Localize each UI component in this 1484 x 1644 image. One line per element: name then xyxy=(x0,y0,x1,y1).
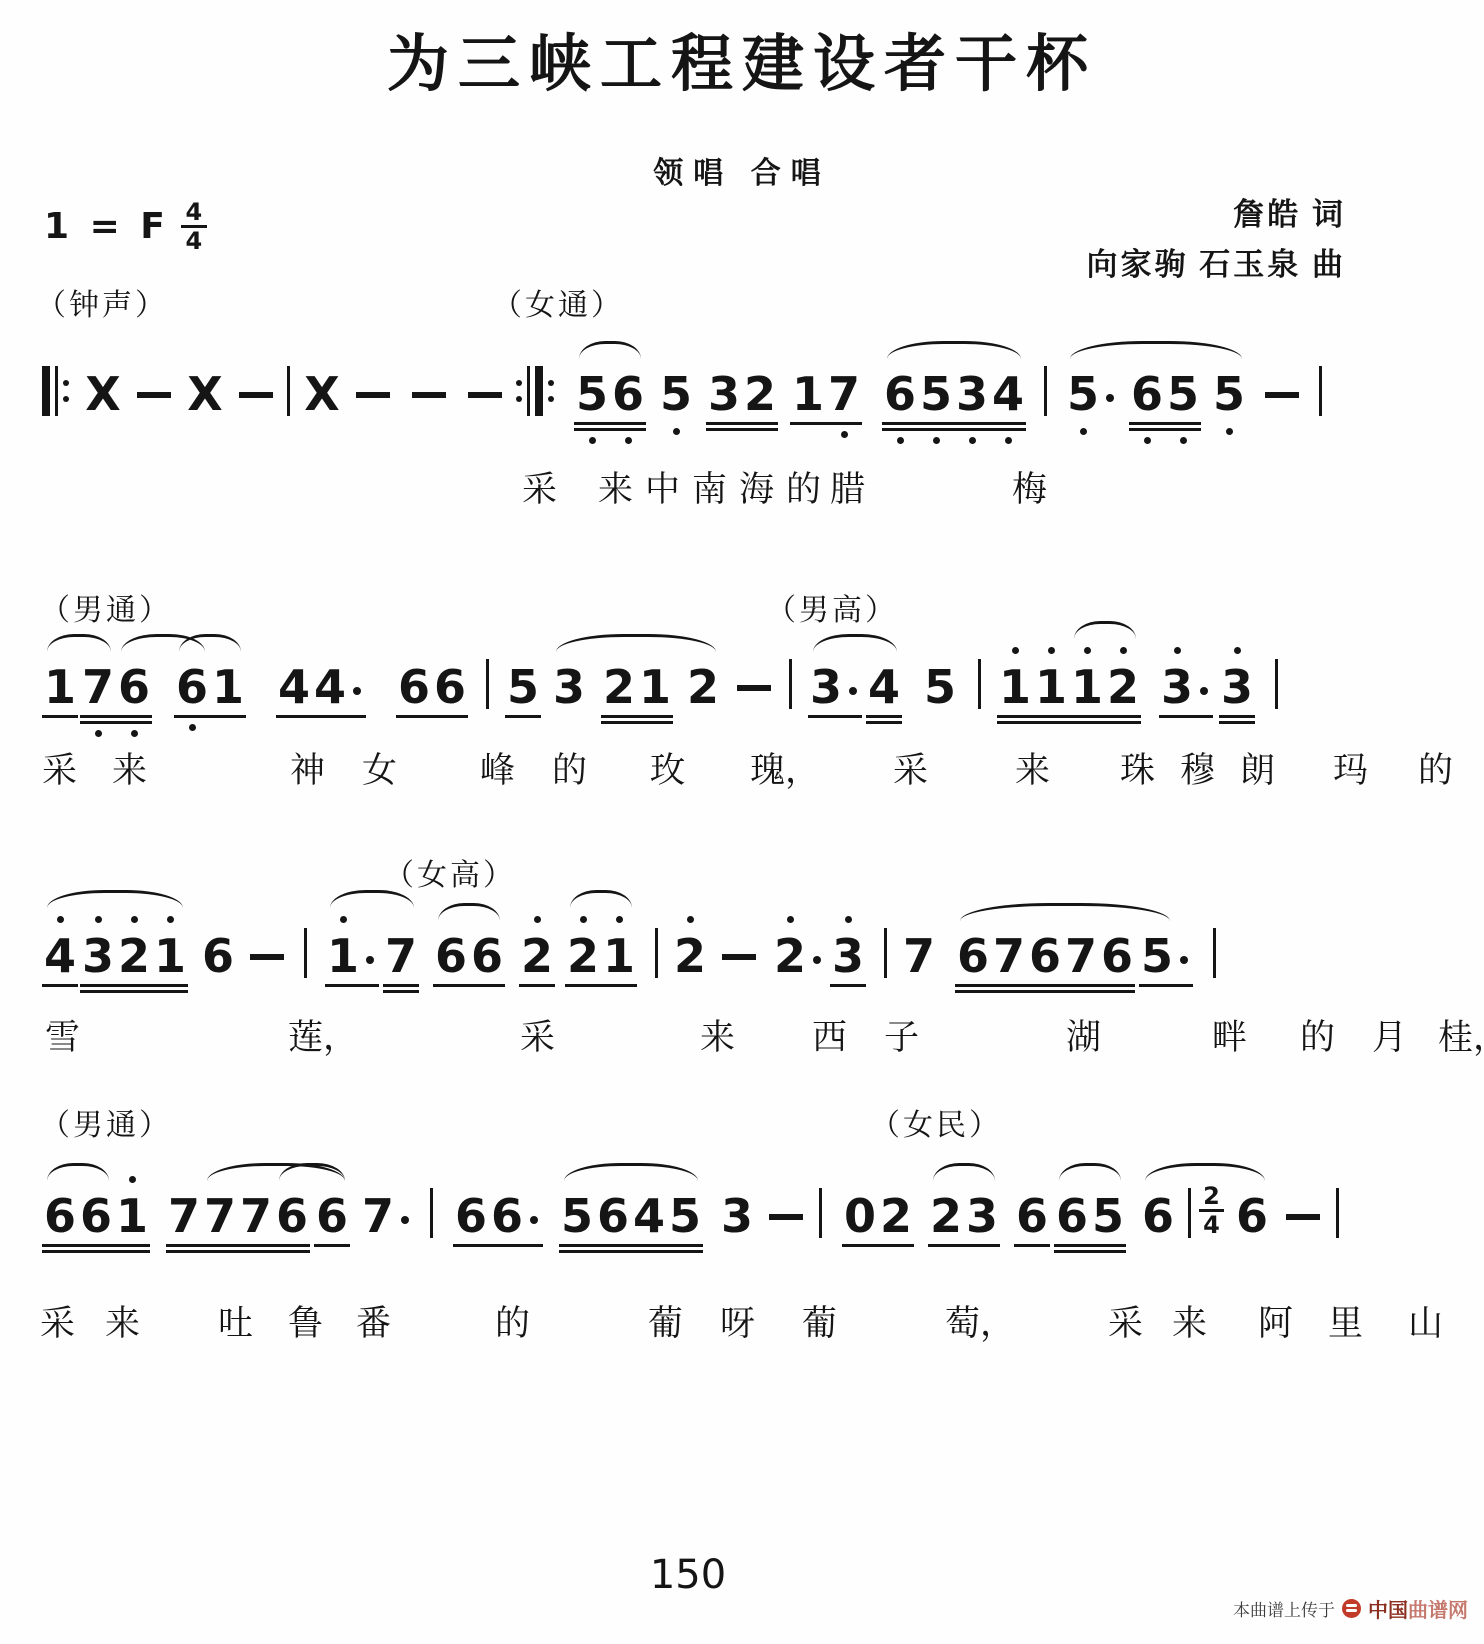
lyric-word: 朗 xyxy=(1240,743,1275,793)
dot-slot xyxy=(152,916,188,923)
note-glyphs: 1 xyxy=(42,658,78,712)
beam-line xyxy=(1054,1244,1126,1247)
slur-arc xyxy=(564,1163,698,1181)
lyric-word: 的 xyxy=(552,743,587,793)
beam-line xyxy=(1129,428,1201,431)
augmentation-dot-slot xyxy=(525,1187,543,1241)
note-group: 7 xyxy=(360,1172,414,1261)
dot-slot xyxy=(1033,647,1069,654)
beam-line xyxy=(706,428,778,431)
note-token: 1 xyxy=(997,658,1033,712)
beam-line xyxy=(882,428,1026,431)
note-glyphs: 6 xyxy=(200,927,236,981)
note-group: 5 xyxy=(1211,350,1247,439)
beam-line xyxy=(955,990,1135,993)
note-token: 6 xyxy=(595,1187,631,1241)
credits: 詹皓 词 向家驹 石玉泉 曲 xyxy=(1087,190,1347,289)
note-token: X xyxy=(187,365,223,419)
lyric-word: 来 xyxy=(1015,743,1050,793)
beam-line xyxy=(601,721,673,724)
octave-dots-below xyxy=(1211,424,1247,439)
lyric-word: 番 xyxy=(356,1296,391,1346)
note-group: 21 xyxy=(601,643,673,741)
note-group: 2 xyxy=(685,643,721,732)
octave-dots-below xyxy=(772,986,826,1001)
octave-dot xyxy=(95,916,102,923)
beam-line xyxy=(706,422,778,425)
beam-line xyxy=(866,721,902,724)
dash-cell xyxy=(722,912,756,960)
octave-dots-above xyxy=(901,912,937,927)
dot-slot xyxy=(997,647,1033,654)
bar-cell xyxy=(430,1172,433,1239)
dot-slot xyxy=(1211,428,1247,435)
bar-cell xyxy=(1319,350,1322,417)
voice-label: （女民） xyxy=(870,1100,1002,1144)
lyric-word: 采 xyxy=(520,1010,555,1060)
note-token: 2 xyxy=(116,927,152,981)
note-token: 7 xyxy=(238,1187,274,1241)
voice-label: （女高） xyxy=(384,850,516,894)
lyric-word: 南 xyxy=(692,462,727,512)
note-glyphs: 7 xyxy=(901,927,937,981)
note-group: 32 xyxy=(706,350,778,448)
note-group: 44 xyxy=(276,643,366,735)
note-glyphs: 4 xyxy=(866,658,902,712)
note-group: 7 xyxy=(383,912,419,1010)
augmentation-dot-slot xyxy=(348,658,366,712)
note-glyphs: 66 xyxy=(433,927,505,981)
bar-cell xyxy=(42,350,69,417)
duration-dash xyxy=(737,685,771,691)
beam-lines xyxy=(1139,984,1193,987)
beam-line xyxy=(559,1250,703,1253)
note-glyphs: 3 xyxy=(830,927,866,981)
note-token: 3 xyxy=(551,658,587,712)
key-signature: 1 = F 4 4 xyxy=(44,200,207,253)
beam-lines xyxy=(42,984,78,987)
barline xyxy=(1275,658,1278,710)
octave-dot xyxy=(673,428,680,435)
beam-lines xyxy=(1159,715,1213,718)
dash-cell xyxy=(769,1172,803,1220)
octave-dots-above xyxy=(325,912,379,927)
note-token: 4 xyxy=(276,658,312,712)
barline xyxy=(1044,365,1047,417)
note-token: 3 xyxy=(719,1187,755,1241)
beam-line xyxy=(574,422,646,425)
octave-dots-above xyxy=(719,1172,755,1187)
note-token: 5 xyxy=(1211,365,1247,419)
beam-line xyxy=(42,984,78,987)
octave-dots-above xyxy=(706,350,778,365)
note-glyphs: 5 xyxy=(1211,365,1247,419)
octave-dot xyxy=(845,916,852,923)
octave-dots-below xyxy=(505,720,541,735)
slur-arc xyxy=(813,634,897,652)
octave-dots-below xyxy=(1159,720,1213,735)
voice-label: （男通） xyxy=(40,585,172,629)
beam-line xyxy=(601,715,673,718)
dot-slot xyxy=(610,437,646,444)
beam-line xyxy=(314,1244,350,1247)
barline-stroke xyxy=(287,366,290,416)
beam-lines xyxy=(325,984,379,987)
timesig-cell: 24 xyxy=(1199,1172,1224,1237)
note-glyphs: 6 xyxy=(1234,1187,1270,1241)
octave-dot xyxy=(687,916,694,923)
note-token: 2 xyxy=(565,927,601,981)
note-token: 3 xyxy=(964,1187,1000,1241)
beam-lines xyxy=(519,984,555,987)
octave-dots-below xyxy=(200,986,236,1001)
note-group: 1 xyxy=(42,643,78,735)
lyric-word: 采 xyxy=(42,743,77,793)
slur-arc xyxy=(570,890,632,908)
dot-slot xyxy=(1069,647,1105,654)
octave-dots-below xyxy=(85,424,121,439)
octave-dot xyxy=(340,916,347,923)
octave-dots-below xyxy=(383,995,419,1010)
bar-cell xyxy=(1336,1172,1339,1239)
lyric-word: 玛 xyxy=(1333,743,1368,793)
lyric-word: 吐 xyxy=(218,1296,253,1346)
dash-cell xyxy=(250,912,284,960)
note-token: 3 xyxy=(830,927,866,981)
slur-arc xyxy=(47,634,111,652)
note-token: 2 xyxy=(928,1187,964,1241)
note-group: 3 xyxy=(1219,643,1255,741)
octave-dots-above xyxy=(383,912,419,927)
dot-slot xyxy=(1105,647,1141,654)
note-token: 6 xyxy=(882,365,918,419)
note-token: 7 xyxy=(202,1187,238,1241)
beam-lines xyxy=(790,422,862,425)
note-glyphs: 66 xyxy=(453,1187,543,1241)
augmentation-dot-slot xyxy=(361,927,379,981)
note-token: 5 xyxy=(1139,927,1175,981)
lyric-word: 采 xyxy=(522,462,557,512)
augmentation-dot xyxy=(530,1216,538,1224)
note-group: 02 xyxy=(842,1172,914,1264)
dash-cell xyxy=(468,350,502,398)
lyric-word: 神 xyxy=(290,743,325,793)
barline xyxy=(1336,1187,1339,1239)
note-glyphs: 6 xyxy=(1014,1187,1050,1241)
octave-dots-below xyxy=(80,995,188,1010)
octave-dot xyxy=(1080,428,1087,435)
octave-dots-above xyxy=(276,643,366,658)
barline-stroke xyxy=(655,928,658,978)
note-token: 7 xyxy=(1063,927,1099,981)
site-name-part1: 中国 xyxy=(1368,1600,1408,1622)
beam-line xyxy=(808,715,862,718)
lyric-word: 穆 xyxy=(1180,743,1215,793)
note-group: 6 xyxy=(200,912,236,1001)
note-token: 5 xyxy=(658,365,694,419)
note-token: X xyxy=(304,365,340,419)
repeat-dot xyxy=(63,396,69,402)
barline-stroke xyxy=(1044,366,1047,416)
beam-line xyxy=(433,984,505,987)
timesig-numerator: 2 xyxy=(1203,1184,1220,1208)
note-token: 6 xyxy=(432,658,468,712)
note-glyphs: 5 xyxy=(922,658,958,712)
augmentation-dot-slot xyxy=(844,658,862,712)
slur-arc xyxy=(556,634,716,652)
note-token: 2 xyxy=(672,927,708,981)
slur-arc xyxy=(933,1163,995,1181)
octave-dot xyxy=(1174,647,1181,654)
lyric-word: 瑰， xyxy=(750,743,820,793)
beam-lines xyxy=(276,715,366,718)
lyric-word: 中 xyxy=(645,462,680,512)
beam-line xyxy=(1014,1244,1050,1247)
octave-dots-above xyxy=(42,912,78,927)
repeat-dot xyxy=(548,396,554,402)
note-group: 3 xyxy=(830,912,866,1004)
note-group: 5645 xyxy=(559,1172,703,1270)
note-token: 4 xyxy=(866,658,902,712)
note-token: 6 xyxy=(174,658,210,712)
barline-stroke xyxy=(527,366,530,416)
beam-line xyxy=(574,428,646,431)
lyricist-credit: 詹皓 词 xyxy=(1087,190,1347,240)
octave-dots-below xyxy=(1234,1246,1270,1261)
time-signature-change: 24 xyxy=(1199,1184,1224,1237)
beam-line xyxy=(842,1244,914,1247)
octave-dots-below xyxy=(842,1249,914,1264)
note-group: 67676 xyxy=(955,912,1135,1010)
note-glyphs: 7776 xyxy=(166,1187,310,1241)
octave-dots-above xyxy=(453,1172,543,1187)
note-glyphs: 2 xyxy=(672,927,708,981)
lyric-word: 湖 xyxy=(1066,1010,1101,1060)
octave-dots-below xyxy=(42,1255,150,1270)
notes-row: 661777667665645302236656246 xyxy=(42,1172,1339,1270)
note-glyphs: 02 xyxy=(842,1187,914,1241)
note-glyphs: 21 xyxy=(565,927,637,981)
voice-label: （女通） xyxy=(492,280,624,324)
octave-dots-below xyxy=(80,726,152,741)
note-token: 2 xyxy=(772,927,808,981)
barline xyxy=(287,365,290,417)
beam-lines xyxy=(706,422,778,431)
beam-line xyxy=(383,984,419,987)
slur-arc xyxy=(1145,1163,1265,1181)
note-group: 1112 xyxy=(997,643,1141,741)
note-token: 4 xyxy=(312,658,348,712)
repeat-barline xyxy=(42,365,69,417)
octave-dots-below xyxy=(719,1246,755,1261)
octave-dot xyxy=(57,916,64,923)
note-glyphs: 3 xyxy=(1159,658,1213,712)
beam-line xyxy=(325,984,379,987)
beam-line xyxy=(790,422,862,425)
note-group: 7776 xyxy=(166,1172,310,1270)
note-token: 2 xyxy=(742,365,778,419)
note-glyphs: 3 xyxy=(551,658,587,712)
octave-dots-below xyxy=(1065,424,1119,439)
beam-lines xyxy=(866,715,902,724)
beam-line xyxy=(997,721,1141,724)
beam-line xyxy=(174,715,246,718)
barline-stroke xyxy=(819,1188,822,1238)
note-group: 5 xyxy=(1065,350,1119,439)
beam-line xyxy=(1159,715,1213,718)
note-token: 6 xyxy=(396,658,432,712)
dot-slot xyxy=(116,730,152,737)
note-token: 2 xyxy=(685,658,721,712)
note-token: X xyxy=(85,365,121,419)
note-group: 6 xyxy=(1234,1172,1270,1261)
dash-cell xyxy=(1265,350,1299,398)
lyric-word: 呀 xyxy=(720,1296,755,1346)
dash-cell xyxy=(412,350,446,398)
note-token: 6 xyxy=(1014,1187,1050,1241)
beam-line xyxy=(955,984,1135,987)
octave-dots-below xyxy=(922,717,958,732)
bar-cell xyxy=(516,350,554,417)
bar-cell xyxy=(304,912,307,979)
barline xyxy=(884,927,887,979)
lyric-word: 梅 xyxy=(1012,462,1047,512)
dash-cell xyxy=(356,350,390,398)
beam-lines xyxy=(601,715,673,724)
note-token: 7 xyxy=(360,1187,396,1241)
octave-dots-below xyxy=(325,989,379,1004)
barline-stroke xyxy=(884,928,887,978)
beam-line xyxy=(80,721,152,724)
duration-dash xyxy=(722,954,756,960)
lyric-word: 峰 xyxy=(480,743,515,793)
note-token: 4 xyxy=(631,1187,667,1241)
meter-denominator: 4 xyxy=(186,229,203,253)
note-token: 1 xyxy=(1033,658,1069,712)
note-token: 6 xyxy=(1027,927,1063,981)
dash-cell xyxy=(239,350,273,398)
note-token: 5 xyxy=(667,1187,703,1241)
octave-dots-below xyxy=(551,717,587,732)
note-group: 1 xyxy=(325,912,379,1004)
slur-arc xyxy=(47,890,183,908)
note-group: X xyxy=(304,350,340,439)
octave-dot xyxy=(189,724,196,731)
octave-dots-below xyxy=(808,720,862,735)
beam-lines xyxy=(383,984,419,993)
lyric-word: 畔 xyxy=(1212,1010,1247,1060)
lyric-word: 女 xyxy=(362,743,397,793)
octave-dots-below xyxy=(42,989,78,1004)
note-group: 5 xyxy=(505,643,541,735)
note-glyphs: 5 xyxy=(1065,365,1119,419)
repeat-dot xyxy=(516,396,522,402)
beam-lines xyxy=(396,715,468,718)
beam-line xyxy=(42,1244,150,1247)
duration-dash xyxy=(412,392,446,398)
lyric-word: 的 xyxy=(495,1296,530,1346)
beam-lines xyxy=(997,715,1141,724)
notes-row: 17661446653212345111233 xyxy=(42,643,1278,741)
octave-dots-above xyxy=(80,912,188,927)
note-token: 6 xyxy=(314,1187,350,1241)
note-glyphs: 44 xyxy=(276,658,366,712)
note-token: 1 xyxy=(325,927,361,981)
note-token: 6 xyxy=(433,927,469,981)
dot-slot xyxy=(1065,428,1101,435)
beam-line xyxy=(830,984,866,987)
note-token: 6 xyxy=(955,927,991,981)
note-group: X xyxy=(85,350,121,439)
beam-line xyxy=(1054,1250,1126,1253)
note-token: 5 xyxy=(559,1187,595,1241)
lyric-word: 来 xyxy=(1172,1296,1207,1346)
note-group: 3 xyxy=(1159,643,1213,735)
note-group: 321 xyxy=(80,912,188,1010)
bar-cell xyxy=(978,643,981,710)
octave-dots-below xyxy=(882,433,1026,448)
octave-dots-below xyxy=(433,989,505,1004)
octave-dots-above xyxy=(85,350,121,365)
note-token: 6 xyxy=(78,1187,114,1241)
note-group: 2 xyxy=(519,912,555,1004)
duration-dash xyxy=(1265,392,1299,398)
octave-dots-above xyxy=(672,912,708,927)
slur-arc xyxy=(579,341,641,359)
note-group: 6534 xyxy=(882,350,1026,448)
duration-dash xyxy=(1286,1214,1320,1220)
augmentation-dot xyxy=(813,956,821,964)
barline-stroke xyxy=(55,366,58,416)
beam-lines xyxy=(842,1244,914,1247)
lyric-word: 里 xyxy=(1328,1296,1363,1346)
repeat-dot xyxy=(516,380,522,386)
lyric-word: 葡 xyxy=(648,1296,683,1346)
beam-line xyxy=(519,984,555,987)
octave-dots-below xyxy=(166,1255,310,1270)
note-token: 6 xyxy=(42,1187,78,1241)
octave-dot xyxy=(1005,437,1012,444)
note-group: 661 xyxy=(42,1172,150,1270)
beam-line xyxy=(1129,422,1201,425)
note-token: 5 xyxy=(922,658,958,712)
augmentation-dot-slot xyxy=(1175,927,1193,981)
note-group: 3 xyxy=(551,643,587,732)
song-subtitle: 领唱 合唱 xyxy=(0,148,1484,192)
beam-line xyxy=(928,1244,1000,1247)
note-glyphs: 1112 xyxy=(997,658,1141,712)
beam-lines xyxy=(453,1244,543,1247)
octave-dots-above xyxy=(658,350,694,365)
note-group: 6 xyxy=(314,1172,350,1264)
augmentation-dot xyxy=(366,956,374,964)
note-token: 2 xyxy=(601,658,637,712)
lyric-word: 葡 xyxy=(802,1296,837,1346)
octave-dots-below xyxy=(314,1249,350,1264)
beam-lines xyxy=(166,1244,310,1253)
octave-dots-below xyxy=(672,986,708,1001)
beam-line xyxy=(1219,721,1255,724)
meter-numerator: 4 xyxy=(186,200,203,224)
note-token: 6 xyxy=(274,1187,310,1241)
repeat-barline xyxy=(516,365,554,417)
note-group: 6 xyxy=(1140,1172,1176,1261)
note-token: 3 xyxy=(706,365,742,419)
duration-dash xyxy=(468,392,502,398)
composer-credit: 向家驹 石玉泉 曲 xyxy=(1087,240,1347,290)
lyric-word: 的 xyxy=(786,462,821,512)
lyric-word: 采 xyxy=(40,1296,75,1346)
